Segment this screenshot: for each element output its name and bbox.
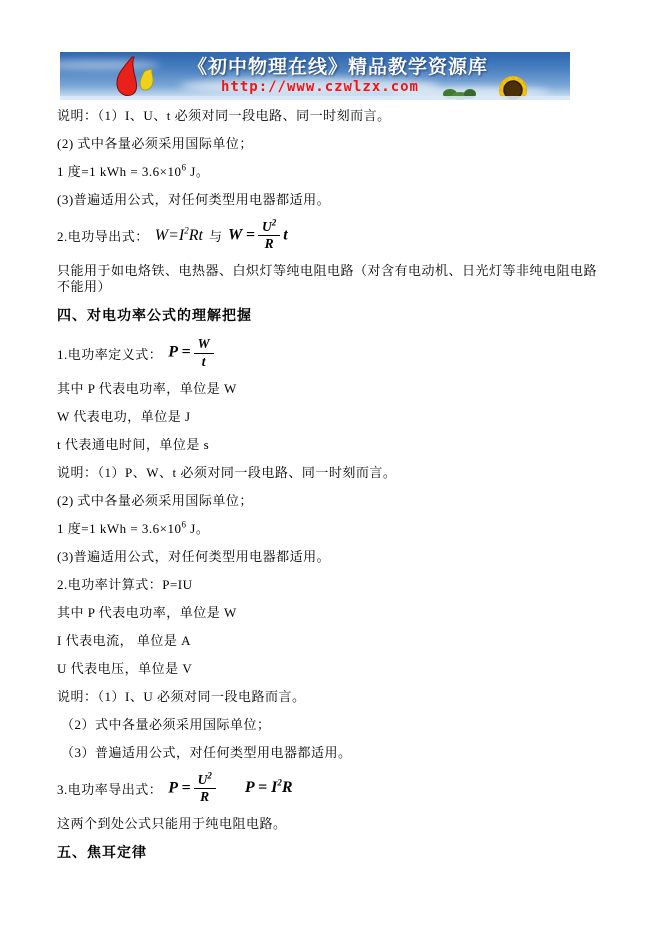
note-line: (3)普遍适用公式，对任何类型用电器都适用。 (57, 192, 605, 208)
fraction-denominator: R (258, 236, 280, 251)
formula-p-i2r: P = I2R (245, 779, 293, 797)
formula-label: 2.电功导出式： (57, 226, 149, 245)
formula-p-u2-over-r: P =U2R (168, 773, 219, 804)
formula-w-u2-over-r-t: W =U2Rt (228, 220, 288, 251)
formula-label: 3.电功率导出式： (57, 779, 162, 798)
math-text: t (283, 226, 287, 243)
formula-power-calc-line: 2.电功率计算式：P=IU (57, 577, 605, 593)
math-text: R (282, 779, 293, 796)
math-text: U (262, 219, 272, 234)
fraction-denominator: t (194, 354, 214, 369)
note-line: （2）式中各量必须采用国际单位； (57, 717, 605, 733)
formula-p-w-over-t: P =Wt (168, 337, 216, 368)
kwh-text: 1 度=1 kWh = 3.6×10 (57, 521, 182, 536)
note-line: (3)普遍适用公式，对任何类型用电器都适用。 (57, 549, 605, 565)
kwh-unit: J。 (187, 521, 210, 536)
document-body: 说明：（1）I、U、t 必须对同一段电路、同一时刻而言。 (2) 式中各量必须采… (57, 108, 605, 874)
fraction: U2R (258, 220, 280, 251)
meaning-line: I 代表电流， 单位是 A (57, 633, 605, 649)
fraction-numerator: U2 (258, 220, 280, 236)
math-text: W=I (155, 227, 184, 244)
note-line: 说明：（1）I、U、t 必须对同一段电路、同一时刻而言。 (57, 108, 605, 124)
math-text: P = (168, 779, 190, 796)
formula-electric-work-derived: 2.电功导出式： W=I2Rt 与 W =U2Rt (57, 220, 605, 251)
math-sup: 2 (207, 770, 212, 780)
math-text: Rt (189, 227, 203, 244)
math-text: W = (228, 226, 255, 243)
note-line: 说明：（1）P、W、t 必须对同一段电路、同一时刻而言。 (57, 465, 605, 481)
kwh-line: 1 度=1 kWh = 3.6×106 J。 (57, 164, 605, 180)
meaning-line: 其中 P 代表电功率，单位是 W (57, 381, 605, 397)
math-text: P = I (245, 779, 278, 796)
kwh-text: 1 度=1 kWh = 3.6×10 (57, 164, 182, 179)
math-sup: 2 (272, 218, 277, 228)
math-text: P = (168, 344, 190, 361)
fraction-numerator: W (194, 337, 214, 353)
meaning-line: W 代表电功，单位是 J (57, 409, 605, 425)
banner-url: http://www.czwlzx.com (180, 79, 460, 95)
sunflower-icon (468, 64, 558, 100)
fraction: U2R (194, 773, 216, 804)
note-line: （3）普遍适用公式，对任何类型用电器都适用。 (57, 745, 605, 761)
kwh-unit: J。 (187, 164, 210, 179)
document-page: 《初中物理在线》精品教学资源库 http://www.czwlzx.com (0, 0, 661, 935)
scope-line: 这两个到处公式只能用于纯电阻电路。 (57, 816, 605, 832)
section-heading-5: 五、焦耳定律 (57, 844, 605, 861)
site-logo-icon (102, 54, 174, 100)
formula-label: 1.电功率定义式： (57, 344, 162, 363)
meaning-line: t 代表通电时间，单位是 s (57, 437, 605, 453)
fraction-numerator: U2 (194, 773, 216, 789)
conjunction: 与 (209, 226, 222, 245)
fraction: Wt (194, 337, 214, 368)
site-banner: 《初中物理在线》精品教学资源库 http://www.czwlzx.com (60, 52, 570, 100)
meaning-line: U 代表电压，单位是 V (57, 661, 605, 677)
note-line: 说明：（1）I、U 必须对同一段电路而言。 (57, 689, 605, 705)
kwh-line: 1 度=1 kWh = 3.6×106 J。 (57, 521, 605, 537)
formula-power-derived: 3.电功率导出式： P =U2R P = I2R (57, 773, 605, 804)
formula-power-definition: 1.电功率定义式： P =Wt (57, 337, 605, 368)
math-text: U (198, 772, 208, 787)
scope-line: 只能用于如电烙铁、电热器、白炽灯等纯电阻电路（对含有电动机、日光灯等非纯电阻电路… (57, 263, 605, 295)
meaning-line: 其中 P 代表电功率，单位是 W (57, 605, 605, 621)
note-line: (2) 式中各量必须采用国际单位； (57, 136, 605, 152)
section-heading-4: 四、对电功率公式的理解把握 (57, 307, 605, 324)
note-line: (2) 式中各量必须采用国际单位； (57, 493, 605, 509)
fraction-denominator: R (194, 789, 216, 804)
formula-w-i2rt: W=I2Rt (155, 227, 203, 245)
banner-bottom-strip (60, 96, 570, 100)
